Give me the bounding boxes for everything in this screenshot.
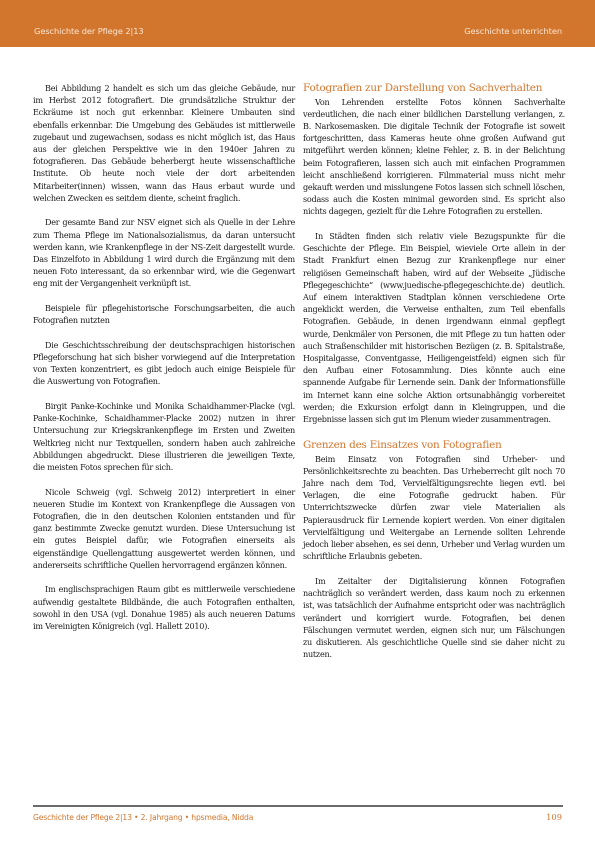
paragraph: Der gesamte Band zur NSV eignet sich als…	[33, 216, 295, 289]
section-title: Geschichte unterrichten	[464, 26, 562, 36]
page-header: Geschichte der Pflege 2|13 Geschichte un…	[0, 0, 595, 47]
footer-divider	[33, 805, 563, 807]
paragraph: Im englischsprachigen Raum gibt es mittl…	[33, 583, 295, 632]
footer-citation: Geschichte der Pflege 2|13 • 2. Jahrgang…	[33, 813, 253, 822]
section-heading: Fotografien zur Darstellung von Sachverh…	[303, 82, 565, 95]
paragraph: Beim Einsatz von Fotografien sind Urhebe…	[303, 453, 565, 563]
paragraph: Die Geschichtsschreibung der deutschspra…	[33, 339, 295, 388]
paragraph: Bei Abbildung 2 handelt es sich um das g…	[33, 82, 295, 204]
paragraph: In Städten finden sich relativ viele Bez…	[303, 230, 565, 425]
paragraph: Von Lehrenden erstellte Fotos können Sac…	[303, 96, 565, 218]
journal-title: Geschichte der Pflege 2|13	[34, 26, 144, 36]
paragraph: Birgit Panke-Kochinke und Monika Schaidh…	[33, 400, 295, 473]
page-number: 109	[546, 812, 562, 822]
left-column: Bei Abbildung 2 handelt es sich um das g…	[33, 82, 295, 645]
paragraph: Im Zeitalter der Digitalisierung können …	[303, 575, 565, 660]
paragraph: Beispiele für pflegehistorische Forschun…	[33, 302, 295, 326]
section-heading: Grenzen des Einsatzes von Fotografien	[303, 439, 565, 452]
right-column: Fotografien zur Darstellung von Sachverh…	[303, 82, 565, 673]
paragraph: Nicole Schweig (vgl. Schweig 2012) inter…	[33, 486, 295, 571]
